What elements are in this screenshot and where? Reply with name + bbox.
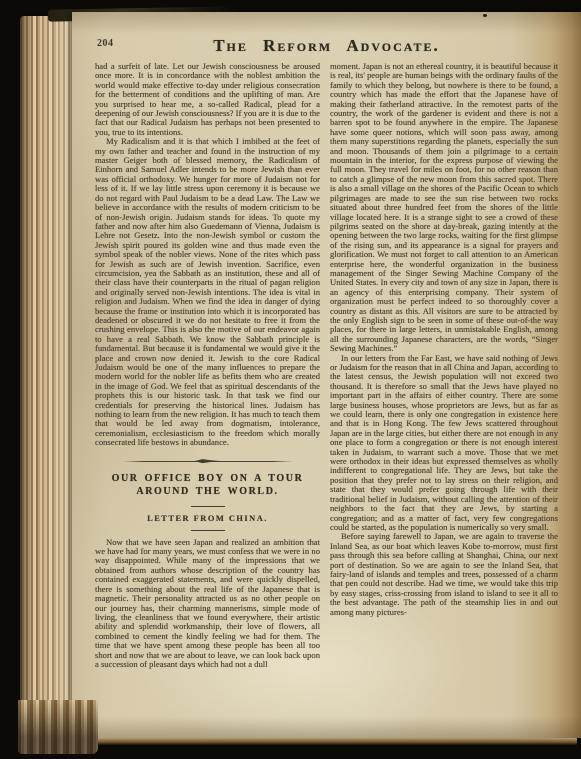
right-column: moment. Japan is not an ethereal country… (330, 62, 558, 669)
book-page-edges (20, 16, 80, 749)
short-rule (191, 506, 225, 507)
page-number: 204 (97, 38, 114, 49)
divider-diamond-icon (195, 459, 221, 464)
page-bottom-edge (80, 738, 577, 745)
magazine-page: 204 The Reform Advocate. had a surfeit o… (72, 12, 581, 738)
paragraph: Now that we have seen Japan and realized… (95, 538, 320, 670)
section-divider-ornament (123, 459, 293, 465)
page-header: 204 The Reform Advocate. (72, 12, 581, 58)
paragraph: In our letters from the Far East, we hav… (330, 354, 558, 533)
paragraph: Before saying farewell to Japan, we are … (330, 532, 558, 617)
book-page-edges-corner (18, 700, 98, 754)
paragraph: moment. Japan is not an ethereal country… (330, 62, 558, 354)
text-columns: had a surfeit of late. Let our Jewish co… (72, 58, 581, 669)
paper-speck (483, 14, 487, 17)
scanned-book-photo: 204 The Reform Advocate. had a surfeit o… (0, 0, 581, 759)
paragraph: had a surfeit of late. Let our Jewish co… (95, 62, 320, 137)
short-rule (191, 530, 225, 531)
paragraph: My Radicalism and it is that which I imb… (95, 137, 320, 447)
masthead-title: The Reform Advocate. (72, 12, 581, 56)
article-subtitle: LETTER FROM CHINA. (95, 514, 320, 523)
article-title: OUR OFFICE BOY ON A TOUR AROUND THE WORL… (95, 472, 320, 499)
left-column: had a surfeit of late. Let our Jewish co… (95, 62, 320, 669)
